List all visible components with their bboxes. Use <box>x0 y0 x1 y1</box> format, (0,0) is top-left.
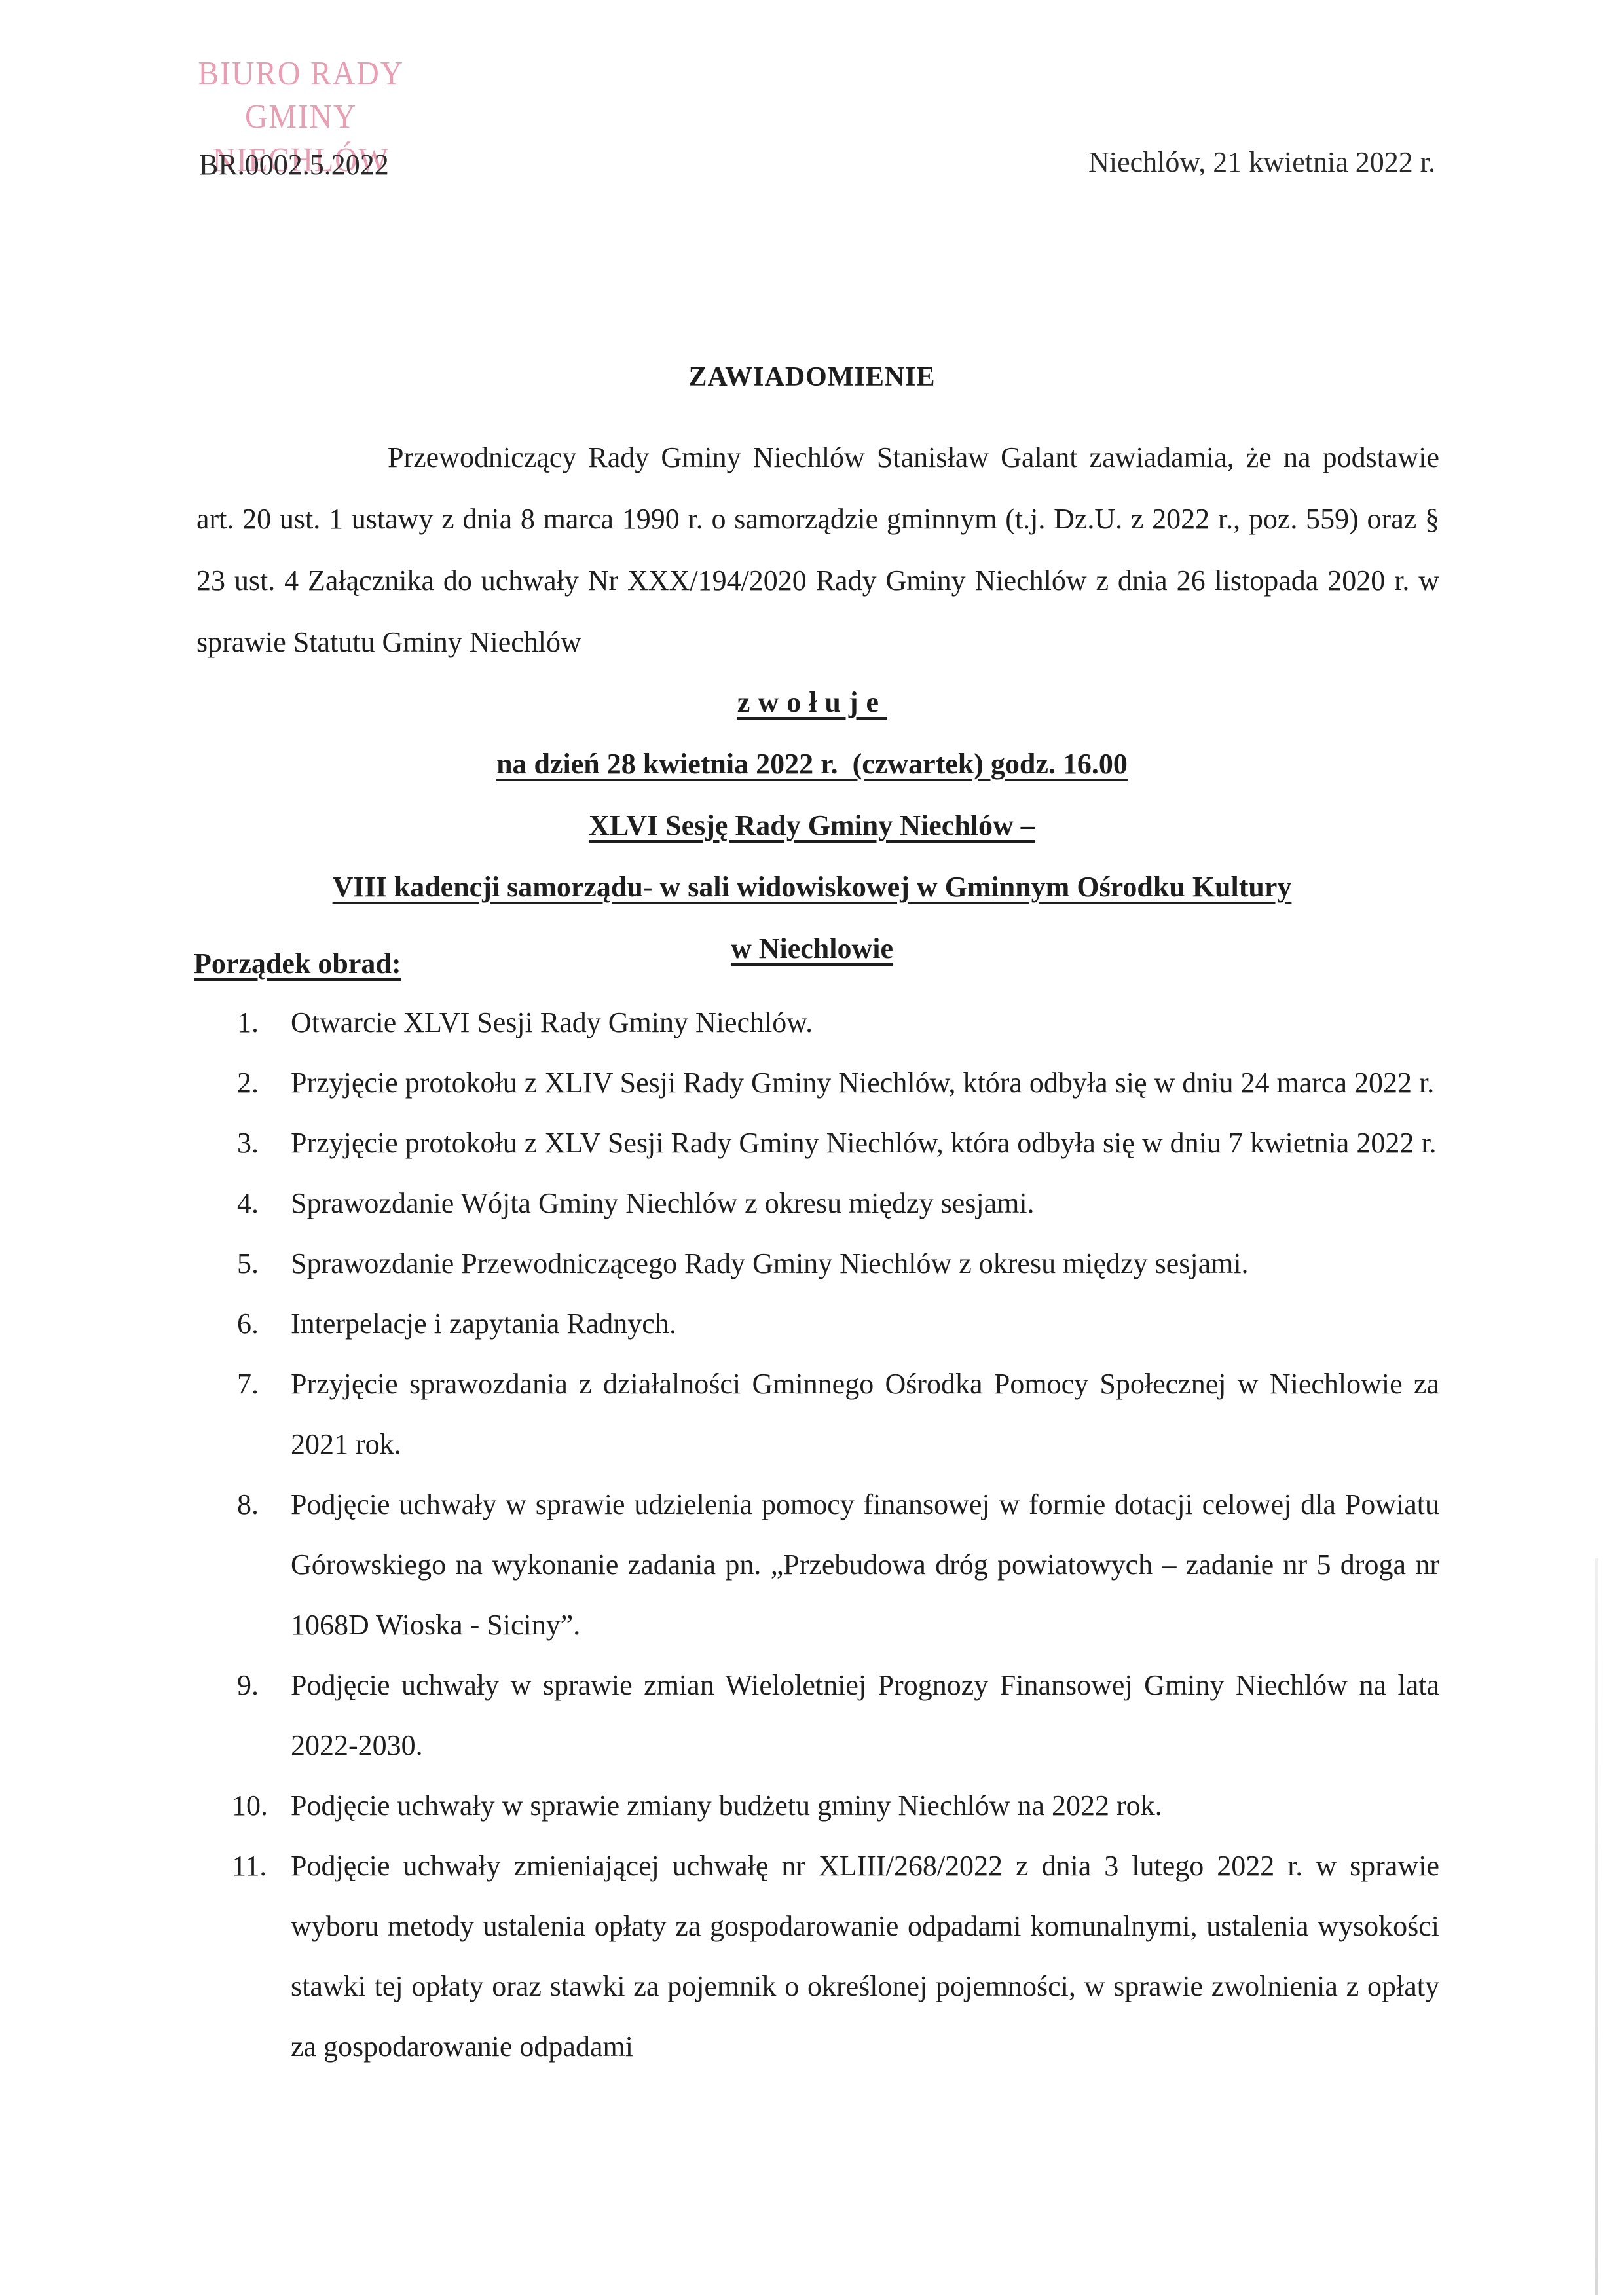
agenda-item: 1.Otwarcie XLVI Sesji Rady Gminy Niechló… <box>196 993 1439 1053</box>
agenda-item: 9.Podjęcie uchwały w sprawie zmian Wielo… <box>196 1655 1439 1776</box>
agenda-list: 1.Otwarcie XLVI Sesji Rady Gminy Niechló… <box>196 993 1439 2077</box>
agenda-item-text: Przyjęcie protokołu z XLIV Sesji Rady Gm… <box>291 1067 1434 1099</box>
agenda-item-text: Otwarcie XLVI Sesji Rady Gminy Niechlów. <box>291 1006 813 1038</box>
agenda-item-text: Podjęcie uchwały w sprawie zmiany budżet… <box>291 1790 1162 1822</box>
agenda-item-number: 10. <box>232 1776 268 1836</box>
place-and-date: Niechlów, 21 kwietnia 2022 r. <box>1088 145 1435 179</box>
agenda-item-number: 3. <box>237 1113 259 1173</box>
agenda-item: 7.Przyjęcie sprawozdania z działalności … <box>196 1354 1439 1475</box>
reference-number: BR.0002.5.2022 <box>199 148 389 181</box>
scan-edge-shadow <box>1595 1558 1598 2295</box>
agenda-item-text: Sprawozdanie Wójta Gminy Niechlów z okre… <box>291 1187 1035 1219</box>
session-name-line: XLVI Sesję Rady Gminy Niechlów – <box>589 809 1035 841</box>
convocation-verb: zwołuje <box>737 686 887 718</box>
agenda-item-text: Przyjęcie protokołu z XLV Sesji Rady Gmi… <box>291 1127 1437 1159</box>
agenda-item-text: Podjęcie uchwały w sprawie zmian Wielole… <box>291 1669 1439 1761</box>
agenda-heading: Porządek obrad: <box>194 947 401 980</box>
agenda-item: 4.Sprawozdanie Wójta Gminy Niechlów z ok… <box>196 1173 1439 1234</box>
session-term-line: VIII kadencji samorządu- w sali widowisk… <box>333 871 1292 903</box>
agenda-item-text: Interpelacje i zapytania Radnych. <box>291 1308 676 1340</box>
agenda-item: 3.Przyjęcie protokołu z XLV Sesji Rady G… <box>196 1113 1439 1173</box>
agenda-item-number: 1. <box>237 993 259 1053</box>
intro-paragraph: Przewodniczący Rady Gminy Niechlów Stani… <box>196 427 1439 673</box>
agenda-item-text: Sprawozdanie Przewodniczącego Rady Gminy… <box>291 1247 1249 1279</box>
convocation-block: zwołuje na dzień 28 kwietnia 2022 r. (cz… <box>0 672 1624 980</box>
agenda-item-number: 8. <box>237 1475 259 1535</box>
session-date-line: na dzień 28 kwietnia 2022 r. (czwartek) … <box>496 748 1128 780</box>
agenda-item: 8.Podjęcie uchwały w sprawie udzielenia … <box>196 1475 1439 1655</box>
agenda-item-number: 7. <box>237 1354 259 1414</box>
agenda-item-number: 6. <box>237 1294 259 1354</box>
agenda-item: 2.Przyjęcie protokołu z XLIV Sesji Rady … <box>196 1053 1439 1113</box>
agenda-item-number: 9. <box>237 1655 259 1716</box>
agenda-item-number: 5. <box>237 1234 259 1294</box>
stamp-line-1: BIURO RADY <box>162 52 439 96</box>
agenda-item: 11.Podjęcie uchwały zmieniającej uchwałę… <box>196 1836 1439 2077</box>
document-title: ZAWIADOMIENIE <box>0 361 1624 393</box>
agenda-item-number: 4. <box>237 1173 259 1234</box>
agenda-item-text: Podjęcie uchwały w sprawie udzielenia po… <box>291 1488 1439 1641</box>
agenda-item-text: Podjęcie uchwały zmieniającej uchwałę nr… <box>291 1850 1439 2063</box>
session-place-line: w Niechlowie <box>731 932 893 964</box>
agenda-item-number: 11. <box>232 1836 267 1896</box>
intro-text: Przewodniczący Rady Gminy Niechlów Stani… <box>196 441 1439 658</box>
agenda-item-text: Przyjęcie sprawozdania z działalności Gm… <box>291 1368 1439 1460</box>
agenda-item: 6.Interpelacje i zapytania Radnych. <box>196 1294 1439 1354</box>
agenda-item: 10.Podjęcie uchwały w sprawie zmiany bud… <box>196 1776 1439 1836</box>
agenda-item: 5.Sprawozdanie Przewodniczącego Rady Gmi… <box>196 1234 1439 1294</box>
agenda-item-number: 2. <box>237 1053 259 1113</box>
